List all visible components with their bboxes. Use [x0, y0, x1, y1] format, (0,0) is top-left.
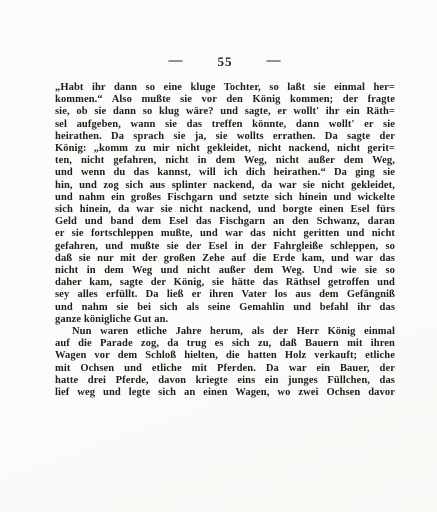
- text-line: sie, ob sie dann so klug wäre? und sagte…: [55, 106, 395, 118]
- book-page: — 55 — „Habt ihr dann so eine kluge Toch…: [0, 0, 437, 512]
- text-line: er sie fortschleppen mußte, und war das …: [55, 228, 395, 240]
- text-line: auf die Parade zog, da trug es sich zu, …: [55, 338, 395, 350]
- text-line: „Habt ihr dann so eine kluge Tochter, so…: [55, 82, 395, 94]
- text-line: heirathen. Da sprach sie ja, sie wollts …: [55, 131, 395, 143]
- text-line: gefahren, und mußte sie der Esel in der …: [55, 241, 395, 253]
- text-line: König: „komm zu mir nicht gekleidet, nic…: [55, 143, 395, 155]
- text-line: nicht in dem Weg und nicht außer dem Weg…: [55, 265, 395, 277]
- header-dash-left: —: [169, 53, 184, 69]
- text-line: und wenn du das kannst, will ich dich he…: [55, 167, 395, 179]
- text-line: Wagen vor dem Schloß hielten, die hatten…: [55, 350, 395, 362]
- text-line: daß sie nur mit der großen Zehe auf die …: [55, 253, 395, 265]
- text-block: „Habt ihr dann so eine kluge Tochter, so…: [55, 82, 395, 399]
- text-line: sel aufgeben, wann sie das treffen könnt…: [55, 119, 395, 131]
- text-line: und nahm sie bei sich als seine Gemahlin…: [55, 302, 395, 314]
- header-dash-right: —: [267, 53, 282, 69]
- text-line: hin, und zog sich aus splinter nackend, …: [55, 180, 395, 192]
- text-line: daher kam, sagte der König, sie hätte da…: [55, 277, 395, 289]
- page-number: 55: [218, 54, 233, 70]
- text-line: und nahm ein großes Fischgarn und setzte…: [55, 192, 395, 204]
- paragraph: „Habt ihr dann so eine kluge Tochter, so…: [55, 82, 395, 326]
- text-line: hatte drei Pferde, davon kriegte eins ei…: [55, 375, 395, 387]
- text-line: sich hinein, da war sie nicht nackend, u…: [55, 204, 395, 216]
- text-line: lief weg und legte sich an einen Wagen, …: [55, 387, 395, 399]
- text-line: ganze königliche Gut an.: [55, 314, 395, 326]
- text-line: kommen.“ Also mußte sie vor den König ko…: [55, 94, 395, 106]
- text-line: ten, nicht gefahren, nicht in dem Weg, n…: [55, 155, 395, 167]
- paragraph: Nun waren etliche Jahre herum, als der H…: [55, 326, 395, 399]
- text-line: sey alles erfüllt. Da ließ er ihren Vate…: [55, 289, 395, 301]
- text-line: Geld und band dem Esel das Fischgarn an …: [55, 216, 395, 228]
- text-line: mit Ochsen und etliche mit Pferden. Da w…: [55, 363, 395, 375]
- page-header: — 55 —: [55, 54, 395, 70]
- text-line: Nun waren etliche Jahre herum, als der H…: [55, 326, 395, 338]
